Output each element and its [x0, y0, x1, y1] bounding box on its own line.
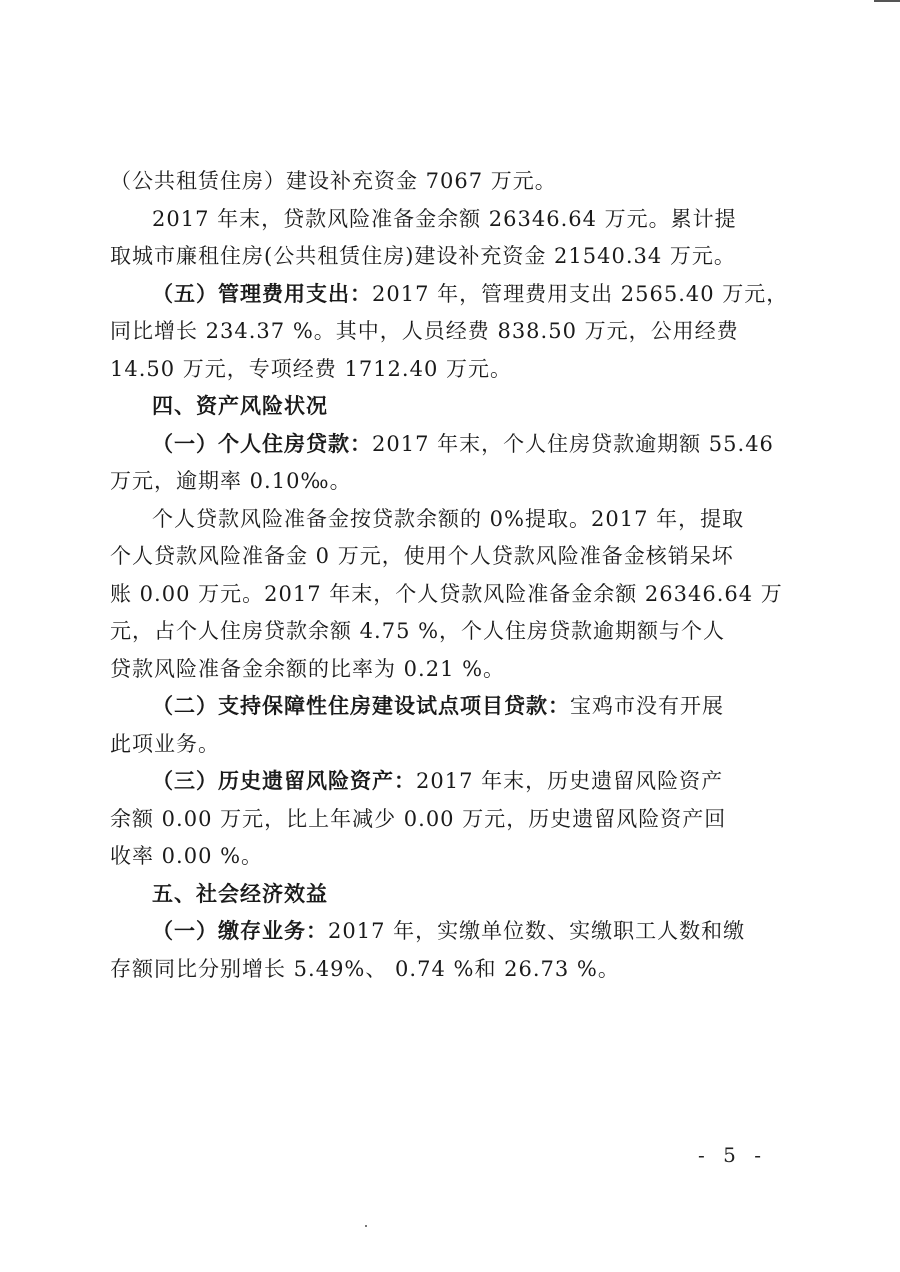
text-line: 个人贷款风险准备金按贷款余额的 0%提取。2017 年，提取	[110, 501, 790, 539]
text-line: 万元，逾期率 0.10‰。	[110, 463, 790, 501]
legacy-assets-line: （三）历史遗留风险资产：2017 年末，历史遗留风险资产	[110, 763, 790, 801]
text-line: 存额同比分别增长 5.49%、 0.74 %和 26.73 %。	[110, 951, 790, 989]
personal-loans-line: （一）个人住房贷款：2017 年末，个人住房贷款逾期额 55.46	[110, 426, 790, 464]
text: 2017 年末，历史遗留风险资产	[416, 769, 723, 793]
text-line: 账 0.00 万元。2017 年末，个人贷款风险准备金余额 26346.64 万	[110, 576, 790, 614]
management-fees-line: （五）管理费用支出：2017 年，管理费用支出 2565.40 万元，	[110, 276, 790, 314]
deposits-line: （一）缴存业务：2017 年，实缴单位数、实缴职工人数和缴	[110, 913, 790, 951]
text-line: 取城市廉租住房(公共租赁住房)建设补充资金 21540.34 万元。	[110, 238, 790, 276]
text-line: （公共租赁住房）建设补充资金 7067 万元。	[110, 163, 790, 201]
text: 2017 年，实缴单位数、实缴职工人数和缴	[328, 919, 745, 943]
section-label: （三）历史遗留风险资产：	[152, 769, 416, 793]
text-line: 余额 0.00 万元，比上年减少 0.00 万元，历史遗留风险资产回	[110, 801, 790, 839]
text-line: 2017 年末，贷款风险准备金余额 26346.64 万元。累计提	[110, 201, 790, 239]
text-line: 贷款风险准备金余额的比率为 0.21 %。	[110, 651, 790, 689]
section-label: （一）缴存业务：	[152, 919, 328, 943]
text: 宝鸡市没有开展	[570, 694, 724, 718]
section-heading: 五、社会经济效益	[110, 876, 790, 914]
text: 2017 年末，个人住房贷款逾期额 55.46	[372, 432, 774, 456]
section-label: （二）支持保障性住房建设试点项目贷款：	[152, 694, 570, 718]
text-line: 收率 0.00 %。	[110, 838, 790, 876]
section-label: （五）管理费用支出：	[152, 282, 372, 306]
text: 2017 年，管理费用支出 2565.40 万元，	[372, 282, 788, 306]
section-label: （一）个人住房贷款：	[152, 432, 372, 456]
pilot-loans-line: （二）支持保障性住房建设试点项目贷款：宝鸡市没有开展	[110, 688, 790, 726]
scan-corner-mark	[874, 0, 900, 2]
scan-speck	[365, 1225, 367, 1227]
text-line: 此项业务。	[110, 726, 790, 764]
text-line: 个人贷款风险准备金 0 万元，使用个人贷款风险准备金核销呆坏	[110, 538, 790, 576]
document-page: （公共租赁住房）建设补充资金 7067 万元。 2017 年末，贷款风险准备金余…	[110, 163, 790, 988]
text-line: 14.50 万元，专项经费 1712.40 万元。	[110, 351, 790, 389]
text-line: 同比增长 234.37 %。其中，人员经费 838.50 万元，公用经费	[110, 313, 790, 351]
text-line: 元，占个人住房贷款余额 4.75 %，个人住房贷款逾期额与个人	[110, 613, 790, 651]
section-heading: 四、资产风险状况	[110, 388, 790, 426]
page-number: - 5 -	[698, 1143, 767, 1167]
